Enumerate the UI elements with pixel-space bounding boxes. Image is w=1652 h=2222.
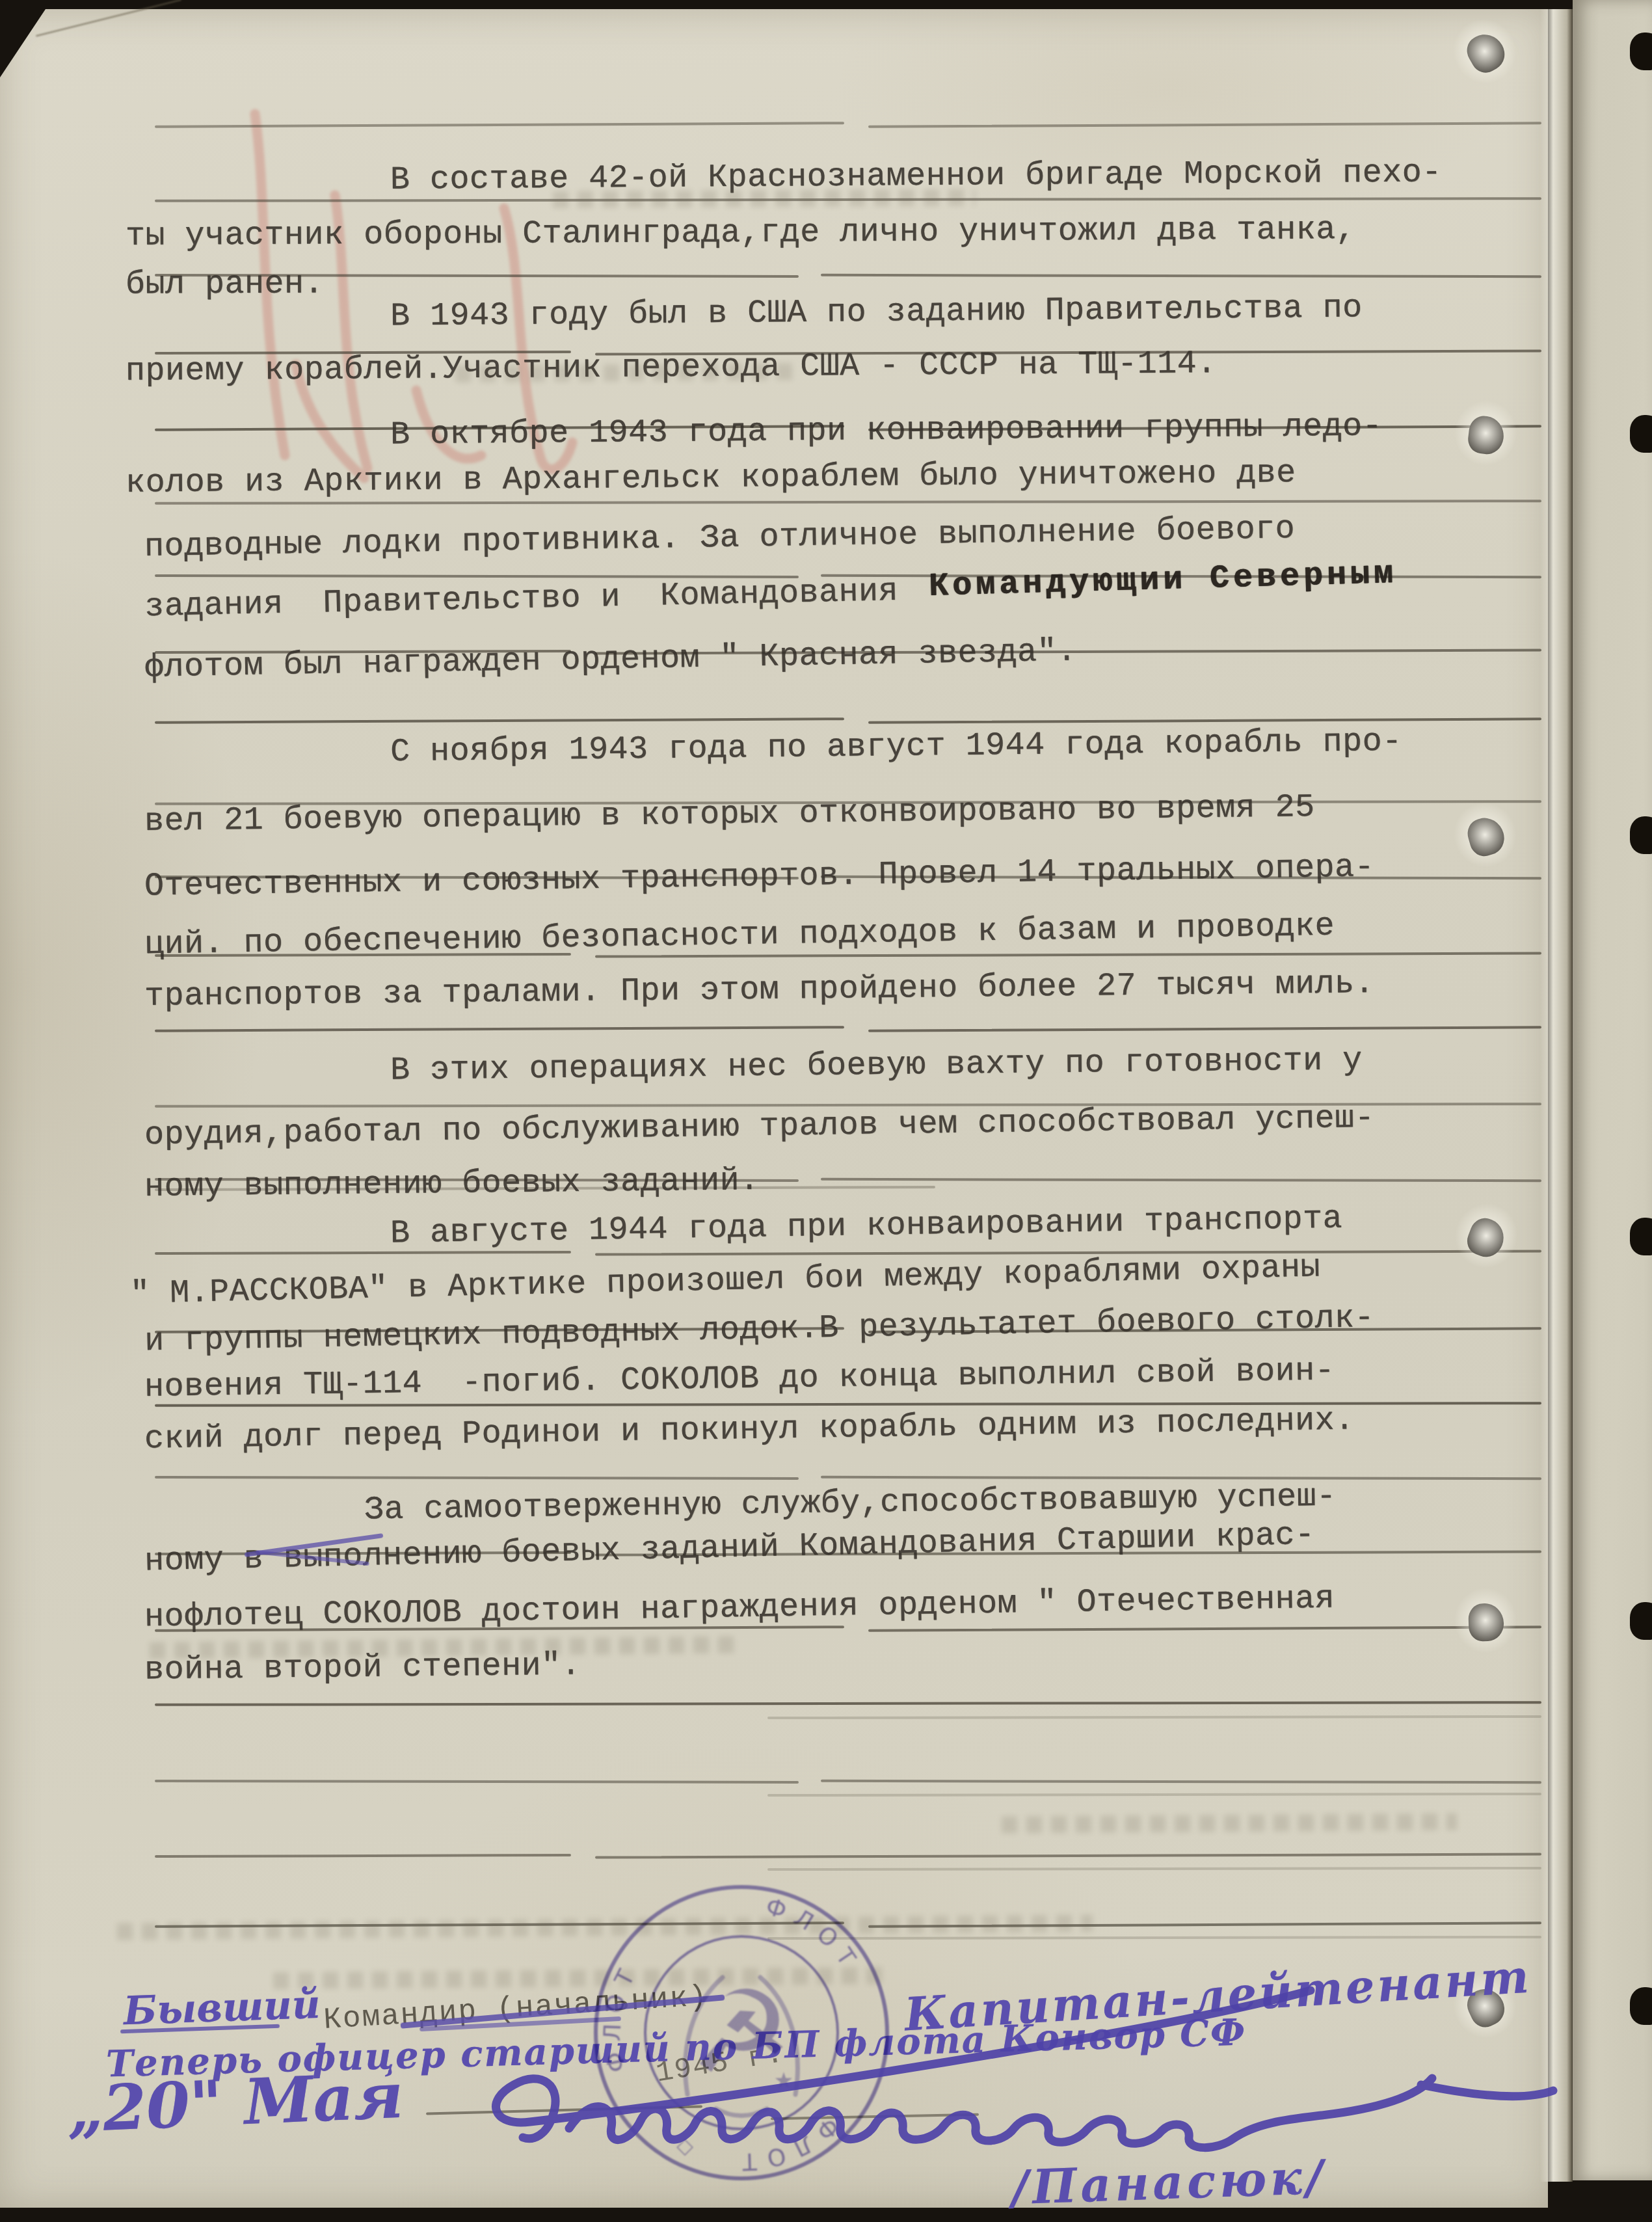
punch-hole [1468,1603,1504,1642]
punch-hole [1463,1214,1509,1261]
punch-hole-facing-page [1630,415,1652,453]
signature [416,1945,1600,2222]
punch-hole-facing-page [1630,816,1652,854]
ghost-print [553,189,976,207]
typed-line: ному выполнению боевых заданий. [144,1162,760,1207]
ghost-print [455,363,793,382]
punch-hole [1464,814,1508,860]
punch-hole-facing-page [1630,33,1652,70]
punch-hole [1467,414,1506,456]
punch-hole-facing-page [1630,1218,1652,1255]
handwritten-date: „20" Мая [66,2059,405,2147]
page-fold-ridge [1540,9,1573,2182]
document-scan: В составе 42-ой Краснознаменнои бригаде … [0,0,1652,2222]
punch-hole-facing-page [1630,1987,1652,2025]
punch-hole [1461,27,1511,77]
typed-line: был ранен. [126,265,324,304]
ghost-print [1002,1814,1457,1834]
punch-hole-facing-page [1630,1602,1652,1640]
typed-line: ты участник обороны Сталинграда,где личн… [126,211,1356,256]
facing-page-edge [1573,0,1652,2180]
